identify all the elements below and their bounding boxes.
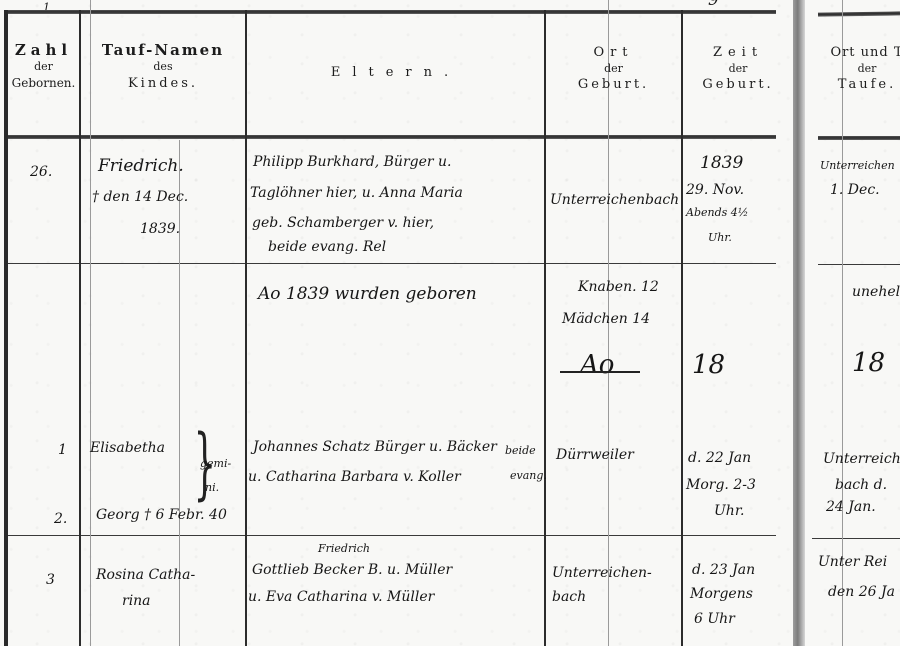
header-number-line1: Zahl xyxy=(8,40,79,60)
entry-1-birth-time: Morg. 2-3 xyxy=(686,478,756,492)
entry-26-death-note: † den 14 Dec. xyxy=(92,190,188,204)
header-parents-line1: Eltern. xyxy=(247,64,544,82)
header-birthplace-line3: Geburt. xyxy=(546,76,681,94)
entry-1-baptism-place: Unterreichen xyxy=(823,452,900,466)
entry-26-parents-line4: beide evang. Rel xyxy=(268,240,386,254)
header-birthtime-line1: Zeit xyxy=(683,44,793,62)
left-border xyxy=(4,10,8,646)
entry-26-birth-time: Abends 4½ xyxy=(686,207,748,218)
header-birthplace-line1: Ort xyxy=(546,44,681,62)
entry-1-name: Elisabetha xyxy=(90,441,165,455)
row-divider-1 xyxy=(8,263,776,264)
summary-anno-label: Ao xyxy=(580,352,614,378)
entry-26-birth-date: 29. Nov. xyxy=(686,183,744,197)
summary-baptism-year-fragment: 18 xyxy=(852,350,885,376)
entry-26-birth-year: 1839 xyxy=(700,155,743,172)
entry-1-birth-date: d. 22 Jan xyxy=(688,451,751,465)
margin-fragment: 9 xyxy=(708,0,719,9)
header-parents: Eltern. xyxy=(247,64,544,82)
header-number: Zahl der Gebornen. xyxy=(8,40,79,91)
header-name-line1: Tauf-Namen xyxy=(81,40,245,60)
entry-26-baptism-place: Unterreichen xyxy=(820,160,895,171)
entry-3-birth-hour: 6 Uhr xyxy=(694,612,735,626)
faint-rule xyxy=(842,0,843,646)
faint-rule xyxy=(90,0,91,646)
register-page: 1 9 Zahl der Gebornen. Tauf-Namen des Ki… xyxy=(0,0,900,646)
entry-1-baptism-date: 24 Jan. xyxy=(826,500,876,514)
header-bottom-rule xyxy=(8,135,776,139)
page-gutter xyxy=(793,0,805,646)
header-birthtime-line3: Geburt. xyxy=(683,76,793,94)
entry-26-name: Friedrich. xyxy=(98,158,184,175)
header-number-line3: Gebornen. xyxy=(8,75,79,91)
header-top-rule-right xyxy=(818,11,900,16)
entry-3-birth-time: Morgens xyxy=(690,587,753,601)
entry-3-birth-date: d. 23 Jan xyxy=(692,563,755,577)
entry-26-birth-hour: Uhr. xyxy=(708,232,732,243)
entry-3-parents-line2: u. Eva Catharina v. Müller xyxy=(248,590,434,604)
summary-born-line: Ao 1839 wurden geboren xyxy=(258,286,477,303)
entry-3-name-line2: rina xyxy=(122,594,151,608)
row-divider-1-right xyxy=(818,264,900,265)
header-baptism-line2: der xyxy=(812,62,900,77)
summary-baptism-fragment: unehelich xyxy=(852,285,900,299)
header-bottom-rule-right xyxy=(818,136,900,140)
entry-3-parents-line1: Gottlieb Becker B. u. Müller xyxy=(252,563,452,577)
summary-girls-count: Mädchen 14 xyxy=(562,312,650,326)
col-divider-birthplace xyxy=(681,10,683,646)
entry-26-number: 26. xyxy=(30,165,52,179)
entry-3-number: 3 xyxy=(46,573,55,587)
header-birthtime-line2: der xyxy=(683,62,793,77)
summary-year-fragment: 18 xyxy=(692,352,725,378)
header-top-rule xyxy=(8,10,776,14)
entry-26-birthplace: Unterreichenbach xyxy=(550,193,679,207)
col-divider-parents xyxy=(544,10,546,646)
entry-26-parents-line1: Philipp Burkhard, Bürger u. xyxy=(253,155,452,169)
entry-26-parents-line2: Taglöhner hier, u. Anna Maria xyxy=(250,186,463,200)
entry-3-parents-insert: Friedrich xyxy=(318,543,370,554)
header-baptism-line3: Taufe. xyxy=(812,76,900,94)
entry-1-parents-note-line2: evang. xyxy=(510,470,547,481)
entry-1-parents-note-line1: beide xyxy=(505,445,536,456)
col-divider-name xyxy=(245,10,247,646)
header-baptism: Ort und T der Taufe. xyxy=(812,44,900,94)
header-number-line2: der xyxy=(8,60,79,75)
header-baptism-line1: Ort und T xyxy=(812,44,900,62)
entry-1-birth-hour: Uhr. xyxy=(714,504,744,518)
twins-note-line1: gemi- xyxy=(200,458,231,469)
entry-1-number: 1 xyxy=(58,443,67,457)
row-divider-2-right xyxy=(812,538,900,539)
entry-3-name-line1: Rosina Catha- xyxy=(96,568,195,582)
entry-3-baptism-place: Unter Rei xyxy=(818,555,887,569)
header-birthplace-line2: der xyxy=(546,62,681,77)
header-birthtime: Zeit der Geburt. xyxy=(683,44,793,94)
summary-boys-count: Knaben. 12 xyxy=(578,280,659,294)
entry-3-birthplace-line2: bach xyxy=(552,590,586,604)
col-divider-number xyxy=(79,10,81,646)
row-divider-2 xyxy=(8,535,776,536)
anno-flourish xyxy=(560,371,640,373)
header-birthplace: Ort der Geburt. xyxy=(546,44,681,94)
twins-note-line2: ni. xyxy=(205,482,219,493)
header-name-line2: des xyxy=(81,60,245,75)
header-name: Tauf-Namen des Kindes. xyxy=(81,40,245,93)
header-name-line3: Kindes. xyxy=(81,75,245,93)
entry-1-parents-line2: u. Catharina Barbara v. Koller xyxy=(248,470,461,484)
entry-1-baptism-place-cont: bach d. xyxy=(835,478,887,492)
entry-3-baptism-date: den 26 Ja xyxy=(828,585,895,599)
entry-26-death-year: 1839. xyxy=(140,222,180,236)
entry-2-number: 2. xyxy=(54,512,67,526)
entry-1-parents-line1: Johannes Schatz Bürger u. Bäcker xyxy=(253,440,497,454)
entry-2-name: Georg † 6 Febr. 40 xyxy=(96,508,227,522)
entry-3-birthplace-line1: Unterreichen- xyxy=(552,566,652,580)
entry-26-baptism-date: 1. Dec. xyxy=(830,183,880,197)
entry-26-parents-line3: geb. Schamberger v. hier, xyxy=(252,216,434,230)
entry-1-birthplace: Dürrweiler xyxy=(556,448,634,462)
